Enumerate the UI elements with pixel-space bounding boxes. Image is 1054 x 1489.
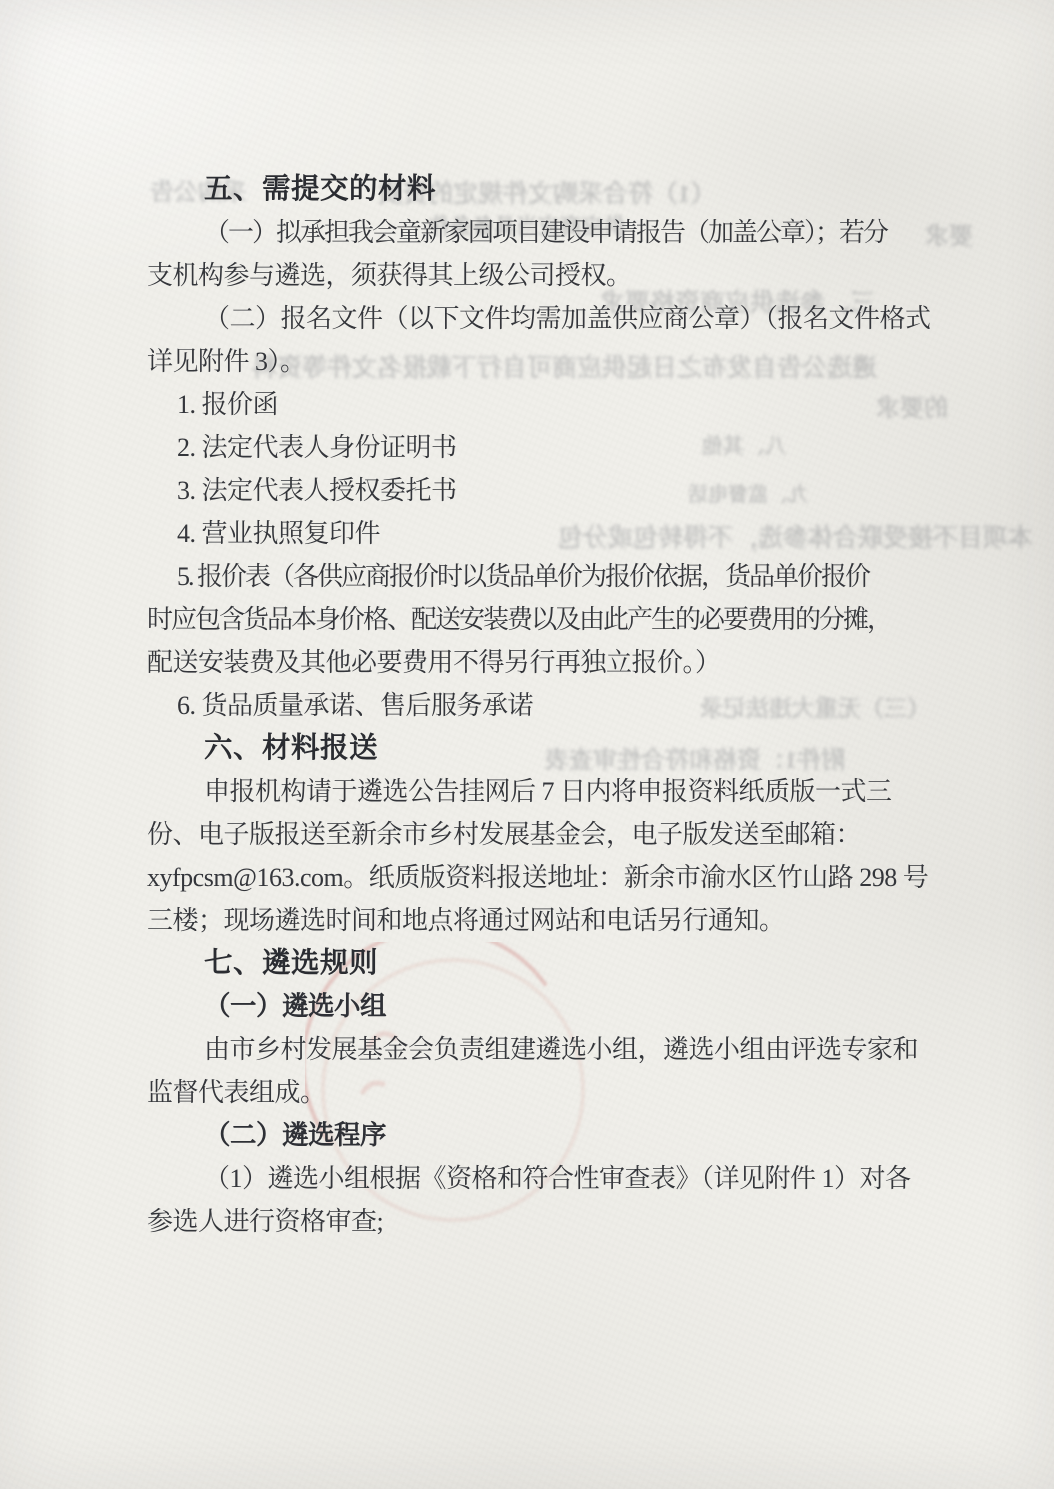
- list-item: 3. 法定代表人授权委托书: [147, 469, 937, 512]
- section-heading-7: 七、遴选规则: [147, 942, 937, 985]
- document-page: 采购公告 （1）符合采购文件规定的资质 供应商应当具备条件 要求 三、参选供应商…: [0, 0, 1054, 1489]
- paragraph-line: 份、电子版报送至新余市乡村发展基金会，电子版发送至邮箱：: [147, 813, 937, 856]
- paragraph-line: 5. 报价表（各供应商报价时以货品单价为报价依据，货品单价报价: [147, 555, 937, 598]
- paragraph-line: （一）拟承担我会童新家园项目建设申请报告（加盖公章）；若分: [147, 211, 937, 254]
- list-item: 4. 营业执照复印件: [147, 512, 937, 555]
- subsection-heading: （一）遴选小组: [147, 985, 937, 1028]
- paragraph-line: 申报机构请于遴选公告挂网后 7 日内将申报资料纸质版一式三: [147, 770, 937, 813]
- paragraph-line: 参选人进行资格审查;: [147, 1200, 937, 1243]
- paragraph-line: （二）报名文件（以下文件均需加盖供应商公章）（报名文件格式: [147, 297, 937, 340]
- list-item: 2. 法定代表人身份证明书: [147, 426, 937, 469]
- paragraph-line: 详见附件 3）。: [147, 340, 937, 383]
- paragraph-line: 时应包含货品本身价格、配送安装费以及由此产生的必要费用的分摊，: [147, 598, 937, 641]
- section-heading-6: 六、材料报送: [147, 727, 937, 770]
- paragraph-line: 支机构参与遴选，须获得其上级公司授权。: [147, 254, 937, 297]
- paragraph-line: xyfpcsm@163.com。纸质版资料报送地址：新余市渝水区竹山路 298 …: [147, 856, 937, 899]
- paragraph-line: 三楼；现场遴选时间和地点将通过网站和电话另行通知。: [147, 899, 937, 942]
- paragraph-line: 监督代表组成。: [147, 1071, 937, 1114]
- paragraph-line: 由市乡村发展基金会负责组建遴选小组，遴选小组由评选专家和: [147, 1028, 937, 1071]
- list-item: 6. 货品质量承诺、售后服务承诺: [147, 684, 937, 727]
- document-body: 五、需提交的材料 （一）拟承担我会童新家园项目建设申请报告（加盖公章）；若分 支…: [147, 168, 937, 1243]
- subsection-heading: （二）遴选程序: [147, 1114, 937, 1157]
- paragraph-line: （1）遴选小组根据《资格和符合性审查表》（详见附件 1）对各: [147, 1157, 937, 1200]
- paragraph-line: 配送安装费及其他必要费用不得另行再独立报价。）: [147, 641, 937, 684]
- list-item: 1. 报价函: [147, 383, 937, 426]
- section-heading-5: 五、需提交的材料: [147, 168, 937, 211]
